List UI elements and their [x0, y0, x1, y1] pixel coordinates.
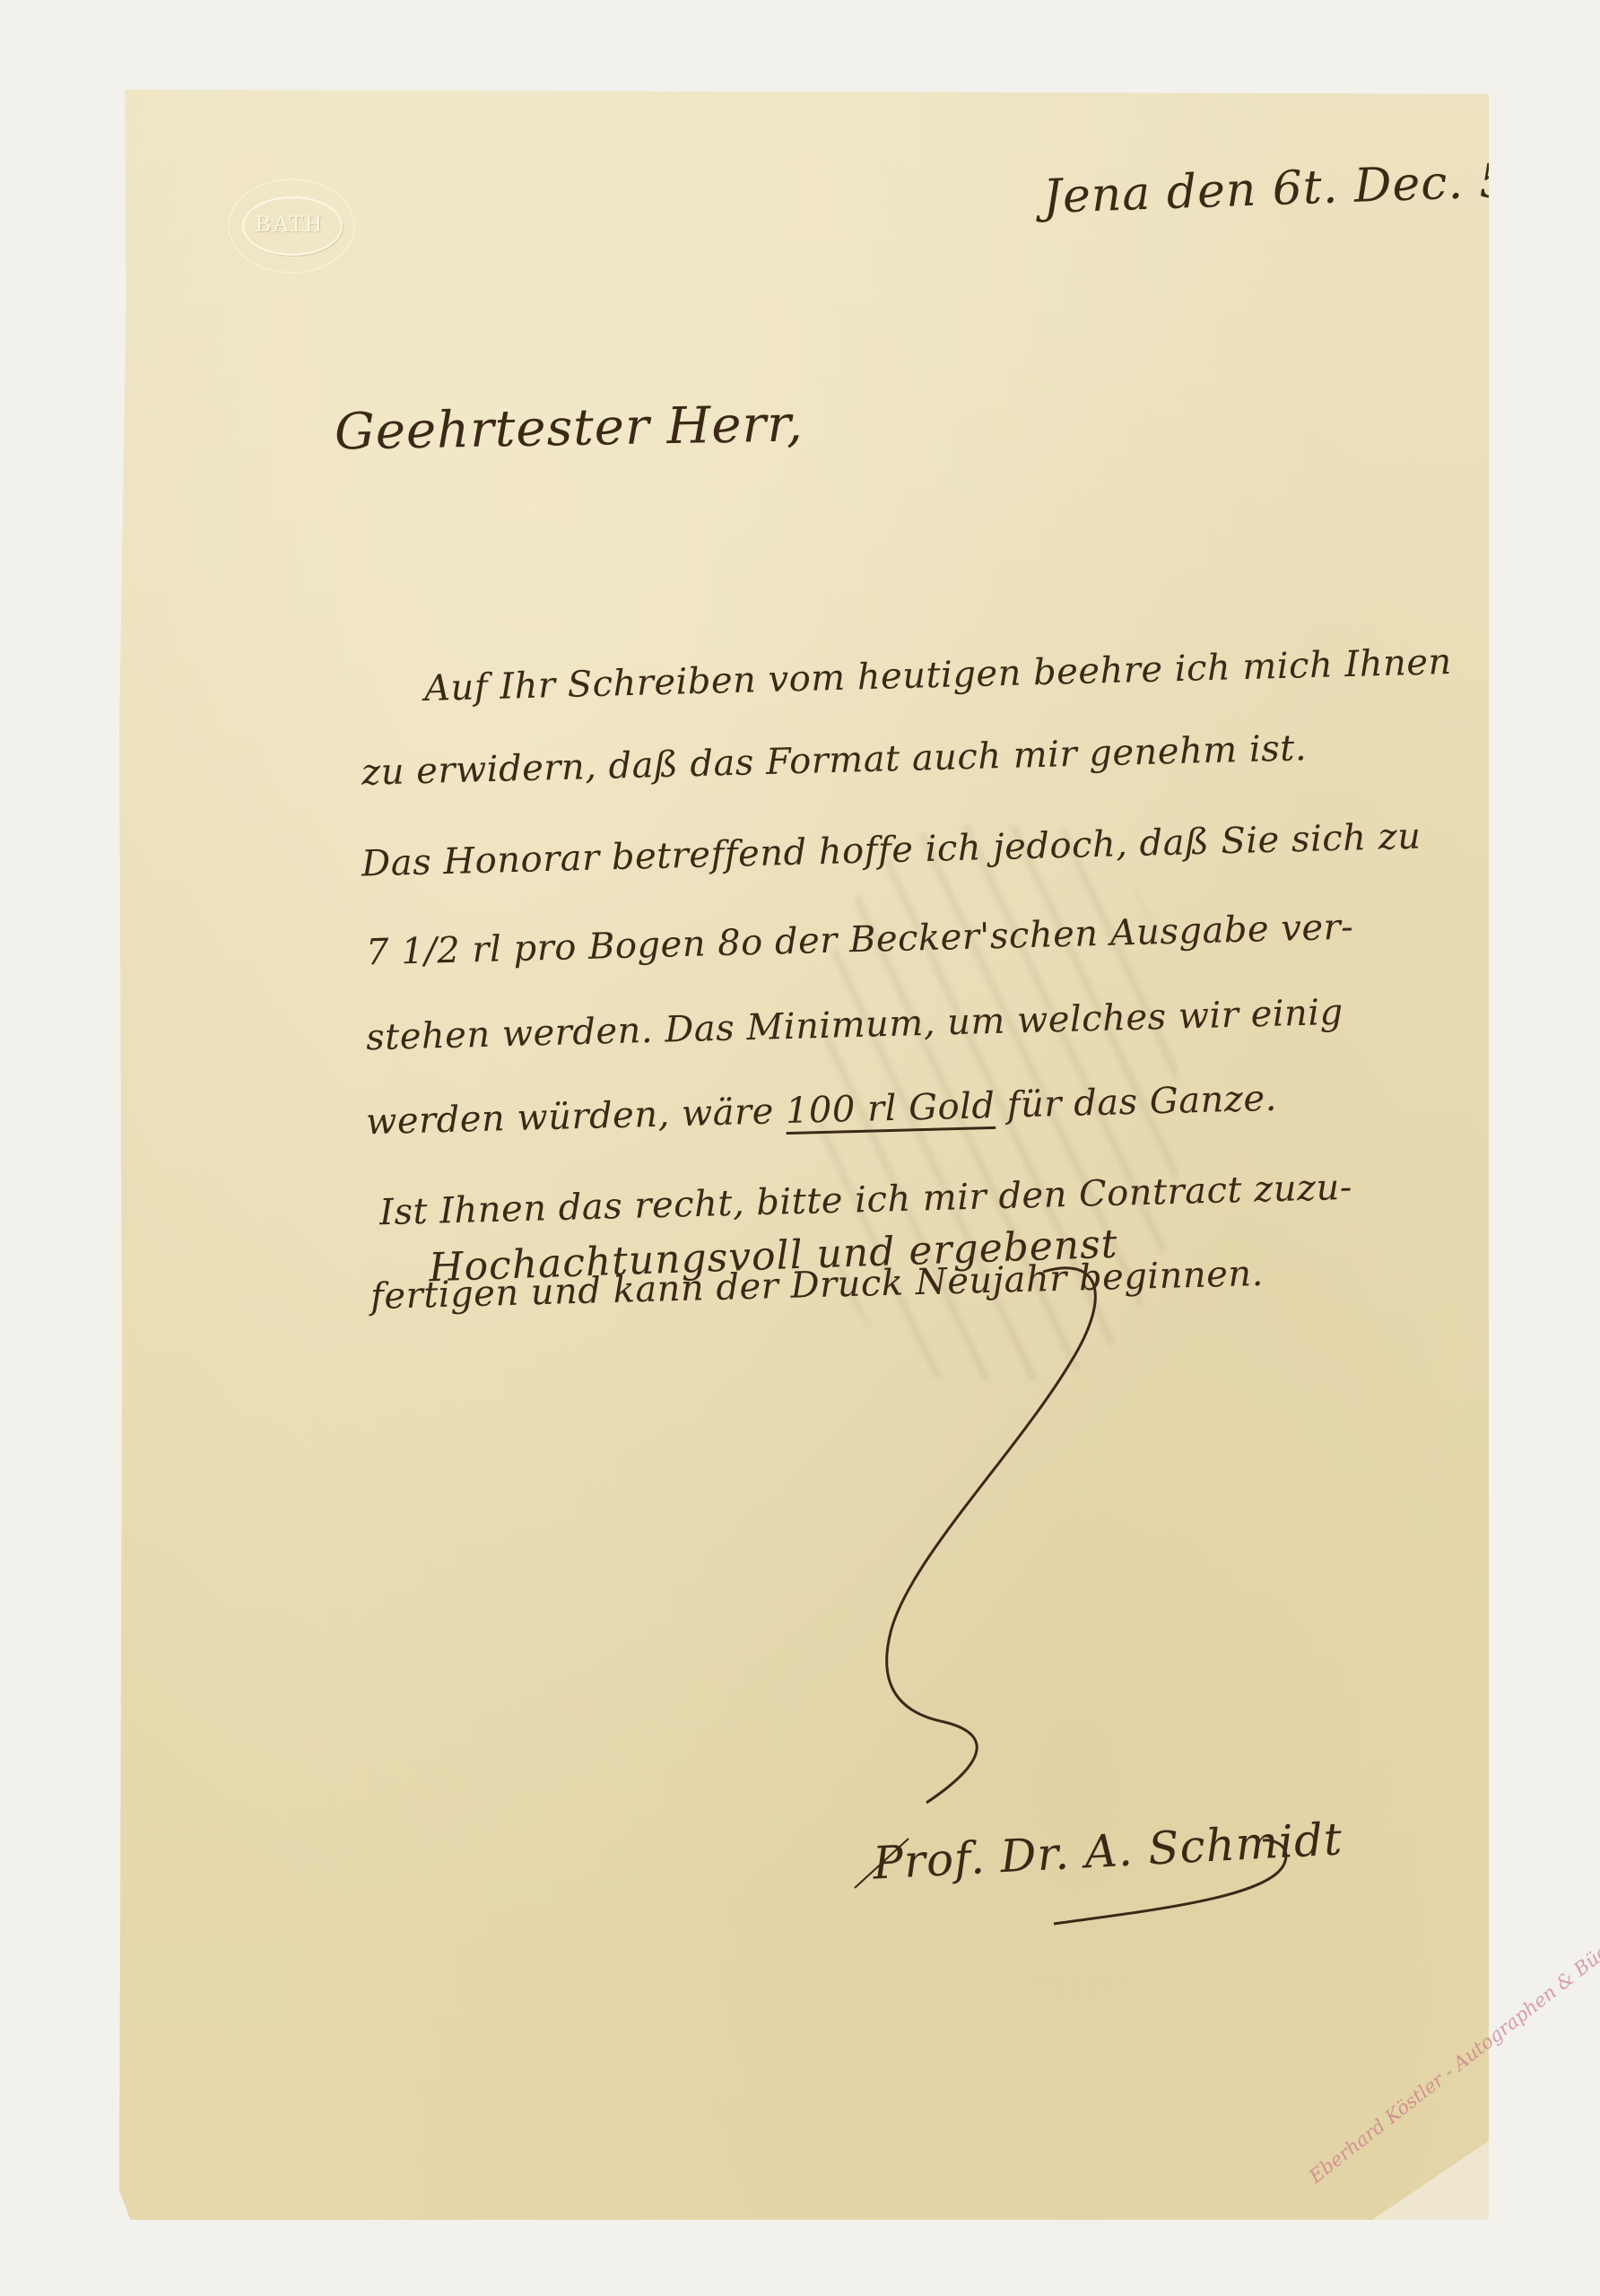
- body-line-6-start: werden würden, wäre: [366, 1091, 775, 1143]
- blind-stamp: BATH: [222, 175, 357, 274]
- signature: Prof. Dr. A. Schmidt: [872, 1813, 1344, 1889]
- folded-corner: [1372, 2141, 1489, 2220]
- blind-stamp-text: BATH: [222, 211, 357, 238]
- salutation: Geehrtester Herr,: [334, 395, 804, 461]
- body-line-1: Auf Ihr Schreiben vom heutigen beehre ic…: [424, 641, 1453, 709]
- letter-paper: BATH Jena den 6t. Dec. 57. Geehrtester H…: [119, 90, 1489, 2220]
- dateline: Jena den 6t. Dec. 57.: [1042, 152, 1557, 224]
- body-line-6-end: für das Ganze.: [1006, 1078, 1277, 1126]
- signature-flourish-icon: [119, 90, 1489, 2220]
- underlined-amount: 100 rl Gold: [785, 1085, 996, 1132]
- body-line-2: zu erwidern, daß das Format auch mir gen…: [361, 727, 1308, 794]
